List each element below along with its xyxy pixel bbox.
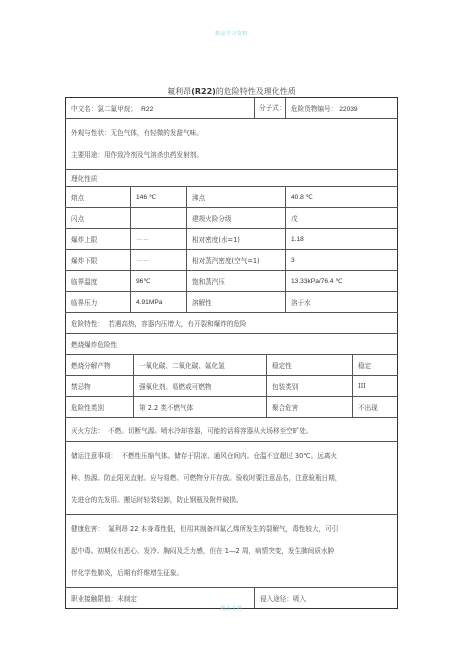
appearance-line: 外观与性状：无色气体，有轻微的发甜气味。 [71,122,392,144]
physchem-value: 40.8 ℃ [286,187,398,208]
physchem-key: 熔点 [66,187,131,208]
health-line-2: 起中毒。初期仅有恶心、发冷、胸闷及乏力感，但在 1—2 周，病情突变，发生肺间质… [71,540,392,562]
usage-label: 主要用途： [71,151,104,159]
title-code: (R22) [191,87,216,96]
storage-line-1: 储运注意事项： 不燃性压缩气体。储存于阴凉、通风仓间内。仓温不宜超过 30℃。远… [71,445,392,467]
fire-row: 灭火方法： 不燃。切断气源。喷水冷却容器，可能的话将容器从火场移至空旷处。 [66,418,398,442]
appearance-usage-cell: 外观与性状：无色气体，有轻微的发甜气味。 主要用途：用作致冷剂及气溶杀虫药发射剂… [66,119,398,170]
un-number-label: 危险货物编号： [291,105,337,113]
combustion-key: 禁忌物 [66,376,134,397]
combustion-header-row: 燃烧爆炸危险性 [66,334,398,355]
storage-label: 储运注意事项： [71,452,117,460]
fire-value: 不燃。切断气源。喷水冷却容器，可能的话将容器从火场移至空旷处。 [108,427,312,435]
physchem-value: 1.18 [286,229,398,250]
hazard-row: 危险特性： 若遇高热，容器内压增大，有开裂和爆炸的危险 [66,313,398,334]
fire-cell: 灭火方法： 不燃。切断气源。喷水冷却容器，可能的话将容器从火场移至空旷处。 [66,418,398,442]
physchem-value: －－ [131,229,187,250]
exposure-limit-label: 职业接触限值： [71,595,117,603]
physchem-key: 建规火险分级 [187,208,286,229]
physchem-row: 临界压力 4.91MPa 溶解性 溶于水 [66,292,398,313]
hazard-cell: 危险特性： 若遇高热，容器内压增大，有开裂和爆炸的危险 [66,313,398,334]
physchem-key: 沸点 [187,187,286,208]
combustion-row: 燃烧分解产物 一氧化碳、二氧化碳、氟化氢 稳定性 稳定 [66,355,398,376]
storage-line-2: 种、热源。防止阳光直射。应与易燃、可燃物分开存放。验收时要注意品名，注意验瓶日期… [71,467,392,489]
physchem-key: 爆炸上限 [66,229,131,250]
usage-line: 主要用途：用作致冷剂及气溶杀虫药发射剂。 [71,144,392,166]
physchem-value: 溶于水 [286,292,398,313]
combustion-key: 燃烧分解产物 [66,355,134,376]
un-number-value: 22039 [339,106,357,113]
appearance-label: 外观与性状： [71,129,111,137]
combustion-value: 稳定 [353,355,398,376]
exposure-limit-value: 未制定 [117,595,137,603]
physchem-value: 戊 [286,208,398,229]
physchem-value: 146 ℃ [131,187,187,208]
physchem-header-row: 理化性质 [66,170,398,187]
appearance-usage-row: 外观与性状：无色气体，有轻微的发甜气味。 主要用途：用作致冷剂及气溶杀虫药发射剂… [66,119,398,170]
chinese-name-label: 中文名： [71,105,97,113]
un-number-cell: 危险货物编号： 22039 [286,98,398,119]
combustion-key: 危险性类别 [66,397,134,418]
physchem-value: 4.91MPa [131,292,187,313]
watermark-bottom: 精品文档 [0,605,463,612]
physchem-key: 相对蒸汽密度(空气=1) [187,250,286,271]
physchem-key: 闪点 [66,208,131,229]
physchem-value: 13.33kPa/76.4 ℃ [286,271,398,292]
physchem-row: 闪点 建规火险分级 戊 [66,208,398,229]
health-text-1: 氟利昂 22 本身毒性低，但用其制备四氟乙烯所发生的裂解气，毒性较大，可引 [108,525,338,533]
physchem-value: 96℃ [131,271,187,292]
combustion-key: 聚合危害 [267,397,353,418]
storage-cell: 储运注意事项： 不燃性压缩气体。储存于阴凉、通风仓间内。仓温不宜超过 30℃。远… [66,442,398,515]
combustion-value: 一氧化碳、二氧化碳、氟化氢 [134,355,267,376]
health-label: 健康危害： [71,525,104,533]
exposure-route-label: 侵入途径： [260,595,293,603]
document-title: 氟利昂(R22)的危险特性及理化性质 [0,86,463,97]
hazard-label: 危险特性： [71,320,104,328]
watermark-top: 精品学习资料 [0,30,463,37]
health-row: 健康危害： 氟利昂 22 本身毒性低，但用其制备四氟乙烯所发生的裂解气，毒性较大… [66,515,398,588]
combustion-section-label: 燃烧爆炸危险性 [66,334,398,355]
combustion-value: III [353,376,398,397]
physchem-key: 临界压力 [66,292,131,313]
combustion-value: 第 2.2 类不燃气体 [134,397,267,418]
physchem-key: 临界温度 [66,271,131,292]
title-suffix: 的危险特性及理化性质 [216,87,296,96]
identity-row: 中文名：氯二氟甲烷； R22 分子式： CHClF2 危险货物编号： 22039 [66,98,398,119]
combustion-key: 稳定性 [267,355,353,376]
physchem-key: 相对密度(水=1) [187,229,286,250]
chinese-name-code: R22 [141,106,153,113]
title-prefix: 氟利昂 [167,87,191,96]
hazard-value: 若遇高热，容器内压增大，有开裂和爆炸的危险 [108,320,246,328]
physchem-row: 爆炸下限 －－ 相对蒸汽密度(空气=1) 3 [66,250,398,271]
formula-cell: 分子式： CHClF2 [255,98,286,119]
msds-table: 中文名：氯二氟甲烷； R22 分子式： CHClF2 危险货物编号： 22039… [65,97,398,609]
combustion-row: 禁忌物 强氧化剂、易燃或可燃物 包装类别 III [66,376,398,397]
physchem-section-label: 理化性质 [66,170,398,187]
combustion-value: 不出现 [353,397,398,418]
exposure-route-value: 吸入 [293,595,306,603]
storage-row: 储运注意事项： 不燃性压缩气体。储存于阴凉、通风仓间内。仓温不宜超过 30℃。远… [66,442,398,515]
usage-value: 用作致冷剂及气溶杀虫药发射剂。 [104,151,203,159]
storage-line-3: 先进仓的先发用。搬运时轻装轻卸，防止钢瓶及附件破损。 [71,489,392,511]
fire-label: 灭火方法： [71,427,104,435]
physchem-key: 饱和蒸汽压 [187,271,286,292]
formula-label: 分子式： [259,104,285,112]
physchem-value: －－ [131,250,187,271]
physchem-key: 爆炸下限 [66,250,131,271]
physchem-row: 熔点 146 ℃ 沸点 40.8 ℃ [66,187,398,208]
combustion-value: 强氧化剂、易燃或可燃物 [134,376,267,397]
health-cell: 健康危害： 氟利昂 22 本身毒性低，但用其制备四氟乙烯所发生的裂解气，毒性较大… [66,515,398,588]
physchem-key: 溶解性 [187,292,286,313]
chinese-name-value: 氯二氟甲烷； [97,105,137,113]
chinese-name-cell: 中文名：氯二氟甲烷； R22 [66,98,255,119]
storage-text-1: 不燃性压缩气体。储存于阴凉、通风仓间内。仓温不宜超过 30℃。远离火 [121,452,337,460]
physchem-row: 临界温度 96℃ 饱和蒸汽压 13.33kPa/76.4 ℃ [66,271,398,292]
combustion-key: 包装类别 [267,376,353,397]
combustion-row: 危险性类别 第 2.2 类不燃气体 聚合危害 不出现 [66,397,398,418]
physchem-value: 3 [286,250,398,271]
physchem-row: 爆炸上限 －－ 相对密度(水=1) 1.18 [66,229,398,250]
physchem-value [131,208,187,229]
health-line-1: 健康危害： 氟利昂 22 本身毒性低，但用其制备四氟乙烯所发生的裂解气，毒性较大… [71,518,392,540]
health-line-3: 伴化学性肺炎，后期有纤维增生征象。 [71,562,392,584]
appearance-value: 无色气体，有轻微的发甜气味。 [111,129,203,137]
